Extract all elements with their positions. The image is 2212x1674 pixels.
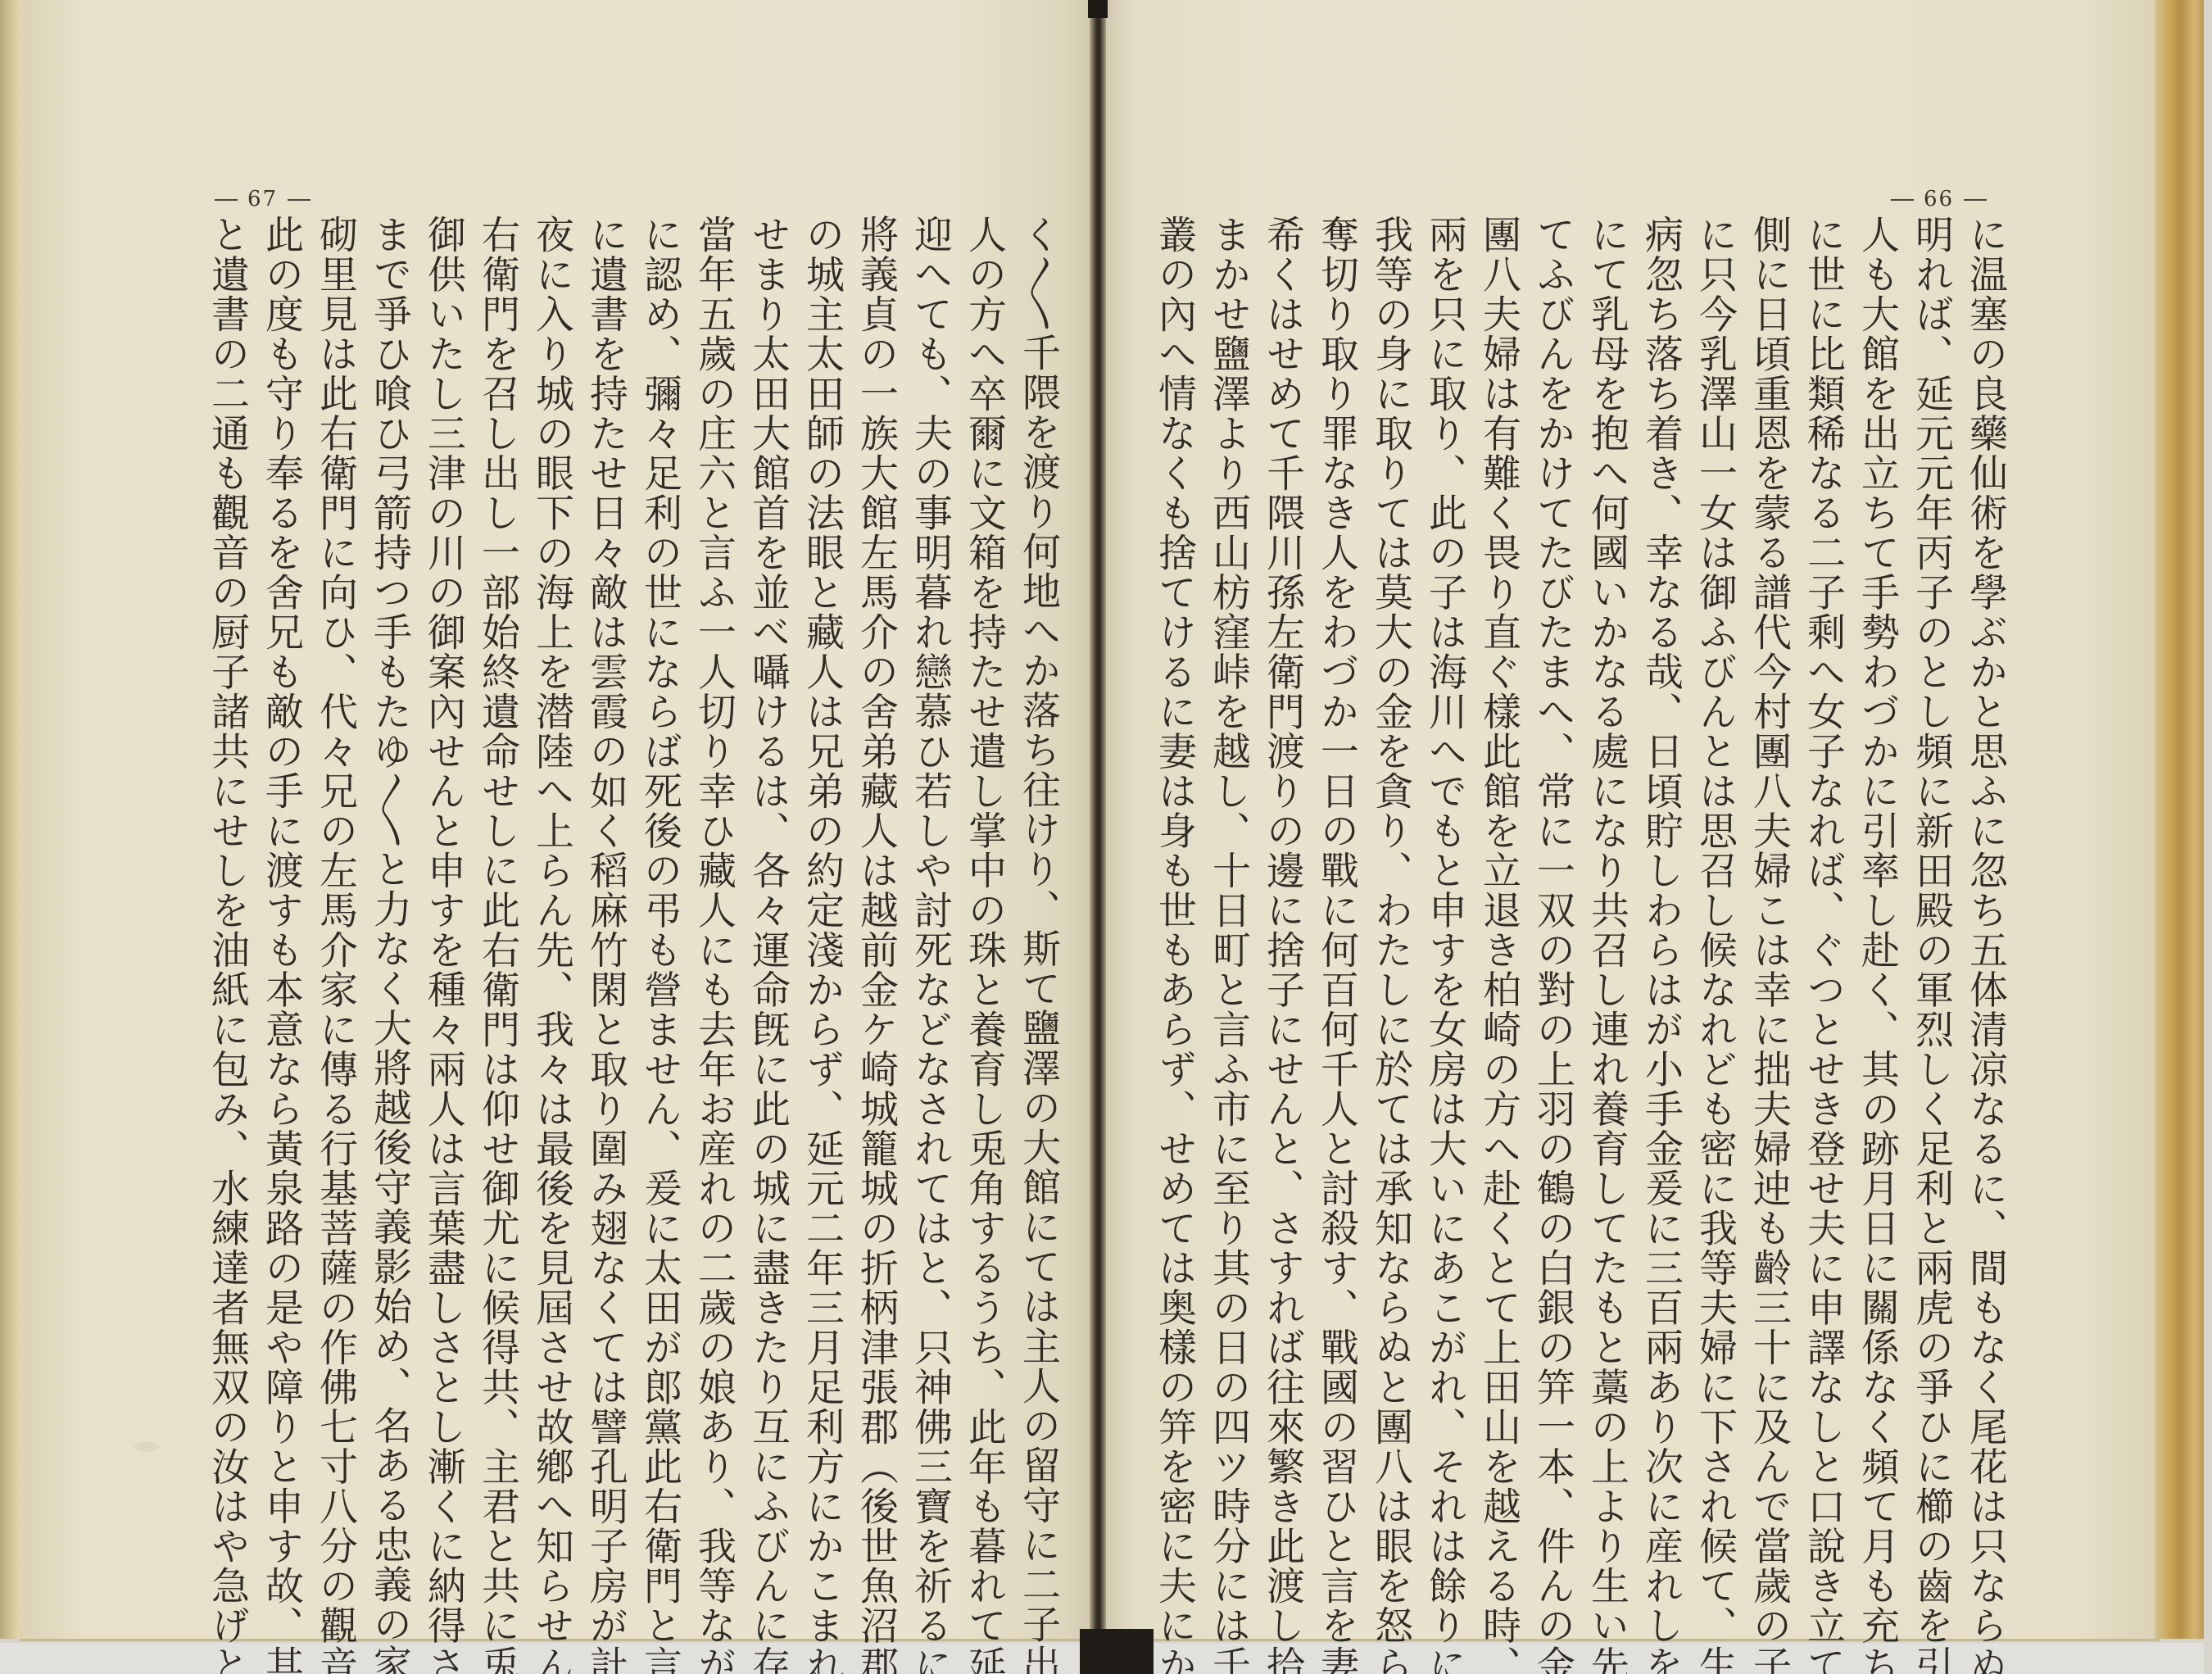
left-page: 67 く〳〵千隈を渡り何地へか落ち往けり、斯て鹽澤の大館にては主人の留守に二子出…	[20, 0, 1098, 1641]
text-line: 人も大館を出立ちて手勢わづかに引率し赴く、其の跡月日に關係なく頻て月も充ち滿ちて…	[1850, 215, 1904, 1427]
text-line: てふびんをかけてたびたまへ、常に一双の對の上羽の鶴の白銀の笄一本、件んの金子に添…	[1525, 215, 1580, 1427]
text-line: く〳〵千隈を渡り何地へか落ち往けり、斯て鹽澤の大館にては主人の留守に二子出生の事…	[1011, 215, 1065, 1427]
folio-dash	[288, 199, 310, 201]
text-line: 人の方へ卒爾に文箱を持たせ遣し掌中の珠と養育し兎角するうち、此年も暮れて延元二年…	[957, 215, 1011, 1427]
text-line: 當年五歲の庄六と言ふ一人切り幸ひ藏人にも去年お産れの二歲の娘あり、我等ながらに泣…	[687, 215, 741, 1427]
text-line: にて乳母を抱へ何國いかなる處になり共召し連れ養育してたもと藁の上より生い先きも見…	[1580, 215, 1634, 1427]
text-line: 此の度も守り奉るを舍兄も敵の手に渡すも本意なら黃泉路の是や障りと申す故、其方へ渡…	[254, 215, 308, 1427]
left-page-text: く〳〵千隈を渡り何地へか落ち往けり、斯て鹽澤の大館にては主人の留守に二子出生の事…	[197, 215, 1065, 1427]
page-number-right: 66	[1881, 187, 1997, 211]
text-line: に認め、彌々足利の世にならば死後の弔も營ません、爰に太田が郎黨此右衛門と言ふは水…	[632, 215, 687, 1427]
right-page: 66 に温塞の良藥仙術を學ぶかと思ふに忽ち五体清凉なるに、間もなく尾花は只ならぬ…	[1103, 0, 2160, 1641]
text-line: せまり太田大館首を並べ囁けるは、各々運命旣に此の城に盡きたり互にふびんに存ずるは…	[741, 215, 795, 1427]
right-page-text: に温塞の良藥仙術を學ぶかと思ふに忽ち五体清凉なるに、間もなく尾花は只ならぬ身とな…	[1144, 215, 2012, 1427]
scan-background-right	[2204, 0, 2212, 1674]
folio-dash	[215, 199, 238, 201]
text-line: の城主太田師の法眼と藏人は兄弟の約定淺からず、延元二年三月足利方にかこまれ日を追…	[795, 215, 849, 1427]
text-line: まで爭ひ喰ひ弓箭持つ手もたゆ〳〵と力なく大將越後守義影始め、名ある忠義の家臣殉死…	[362, 215, 416, 1427]
text-line: 希くはせめて千隈川孫左衛門渡りの邊に捨子にせんと、さすれば往來繁き此渡し拾ひ子す…	[1255, 215, 1309, 1427]
binding-top	[1088, 0, 1108, 18]
text-line: に温塞の良藥仙術を學ぶかと思ふに忽ち五体清凉なるに、間もなく尾花は只ならぬ身とな…	[1958, 215, 2012, 1427]
binding-bottom	[1080, 1629, 1154, 1674]
text-line: に世に比類稀なる二子剩へ女子なれば、ぐつとせき登せ夫に申譯なしと口說き立て、旣に…	[1796, 215, 1850, 1427]
text-line: 兩を只に取り、此の子は海川へでもと申すを女房は大いにあこがれ、それは餘りにいたは…	[1417, 215, 1471, 1427]
text-line: 將義貞の一族大館左馬介の舍弟藏人は越前金ケ崎城籠城の折柄津張郡（後世魚沼郡と言ふ…	[849, 215, 903, 1427]
text-line: 御供いたし三津の川の御案內せんと申すを種々兩人は言葉盡しさとし漸くに納得させ其の…	[416, 215, 470, 1427]
paper-stain	[134, 1442, 159, 1452]
text-line: 右衛門を召し出し一部始終遺命せしに此右衛門は仰せ御尤に候得共、主君と共に兎にも角…	[470, 215, 524, 1427]
page-number-left: 67	[205, 187, 320, 211]
text-line: に只今乳澤山一女は御ふびんとは思召し候なれども密に我等夫婦に下され候て、生々世々…	[1688, 215, 1742, 1427]
text-line: 側に日頃重恩を蒙る譜代今村團八夫婦こは幸に拙夫婦迚も齡三十に及んで當歲の子ありし…	[1742, 215, 1796, 1427]
text-line: 砌里見は此右衛門に向ひ、代々兄の左馬介家に傳る行基菩薩の作佛七寸八分の觀音あり、…	[308, 215, 362, 1427]
folio-dash	[1964, 199, 1987, 201]
text-line: と遺書の二通も觀音の厨子諸共にせしを油紙に包み、水練達者無双の汝はや急げと言ふま…	[200, 215, 254, 1427]
left-page-edge	[0, 0, 21, 1639]
text-line: に遺書を持たせ日々敵は雲霞の如く稻麻竹閑と取り圍み翅なくては譬孔明子房が計略あり…	[578, 215, 632, 1427]
text-line: 奪切り取り罪なき人をわづか一日の戰に何百何千人と討殺す、戰國の習ひと言を妻は涙な…	[1309, 215, 1363, 1427]
text-line: 迎へても、夫の事明暮れ戀慕ひ若しや討死などなされてはと、只神佛三寶を祈るに他事な…	[903, 215, 957, 1427]
open-book: 67 く〳〵千隈を渡り何地へか落ち往けり、斯て鹽澤の大館にては主人の留守に二子出…	[0, 0, 2212, 1674]
text-line: 夜に入り城の眼下の海上を潜陸へ上らん先、我々は最後を見屆させ故鄕へ知らせんと太田…	[524, 215, 578, 1427]
text-line: まかせ鹽澤より西山枋窪峠を越し、十日町と言ふ市に至り其の日の四ツ時分には千隈の邊…	[1201, 215, 1255, 1427]
text-line: 叢の內へ情なくも捨てけるに妻は身も世もあらず、せめては奥樣の笄を密に夫にかくし衣…	[1147, 215, 1201, 1427]
text-line: 病忽ち落ち着き、幸なる哉、日頃貯しわらはが小手金爰に三百兩あり次に産れしを妹にし…	[1634, 215, 1688, 1427]
text-line: 團八夫婦は有難く畏り直ぐ樣此館を立退き柏崎の方へ赴くとて上田山を越える時、俄に心…	[1471, 215, 1525, 1427]
folio-dash	[1891, 199, 1914, 201]
book-gutter	[1090, 0, 1106, 1643]
text-line: 我等の身に取りては莫大の金を貪り、わたしに於ては承知ならぬと團八は眼を怒らして今…	[1363, 215, 1417, 1427]
text-line: 明れば、延元元年丙子のとし頻に新田殿の軍烈しく足利と兩虎の爭ひに櫛の齒を引くが如…	[1904, 215, 1958, 1427]
